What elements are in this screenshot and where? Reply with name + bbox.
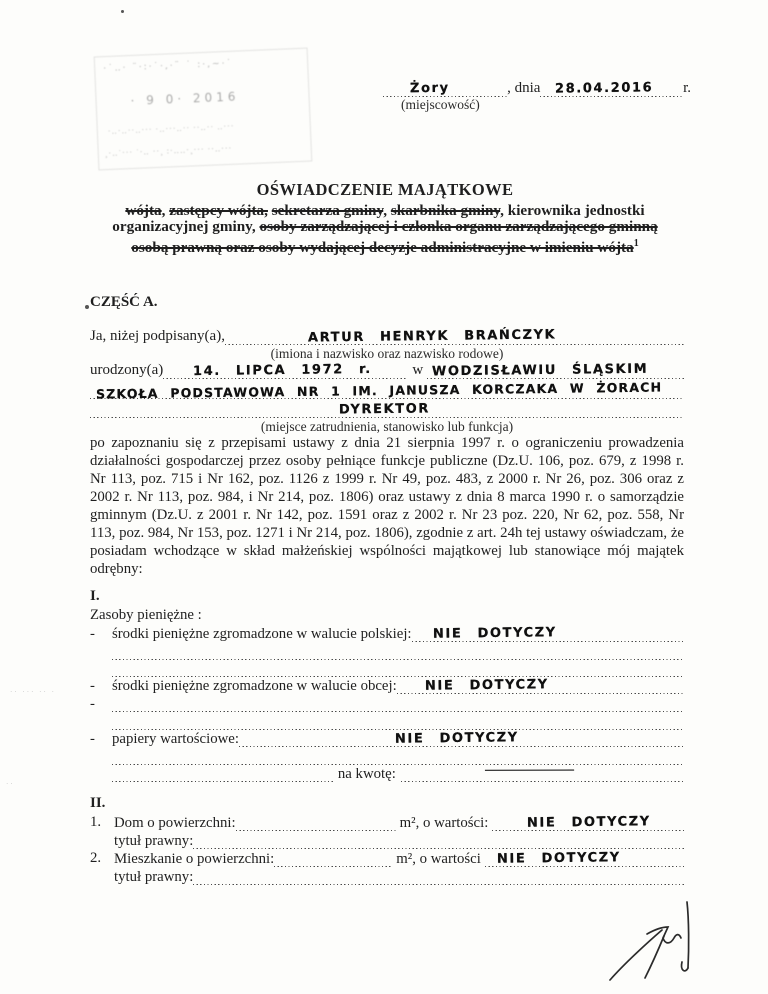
house-row: 1. Dom o powierzchni: m², o wartości: NI… (90, 814, 684, 831)
struck-osoba-prawna: osobą prawną oraz osoby wydającej decyzj… (131, 239, 633, 256)
position-field: DYREKTOR (90, 401, 684, 418)
flat-area-field (274, 850, 392, 867)
w-label: w (408, 362, 427, 379)
house-title-label: tytuł prawny: (114, 833, 193, 849)
footnote-marker: 1 (634, 238, 639, 249)
house-area-field (236, 814, 396, 831)
blank-dotted-line (112, 695, 684, 712)
born-label: urodzony(a) (90, 362, 163, 379)
stamp-line-1: ·˙‥· ¨·:·˙·,·¨ ˙ :·,~·˙ (103, 56, 299, 74)
section-2-number: II. (90, 795, 684, 812)
house-label: Dom o powierzchni: (114, 815, 236, 831)
house-value-field: NIE DOTYCZY (492, 814, 684, 831)
section-1-title: Zasoby pieniężne : (90, 607, 684, 624)
scan-speck (121, 10, 124, 13)
empty-bullet-row: - (90, 695, 684, 712)
employment-handwritten: SZKOŁA PODSTAWOWA NR 1 IM. JANUSZA KORCZ… (96, 380, 662, 402)
flat-row: 2. Mieszkanie o powierzchni: m², o warto… (90, 850, 684, 867)
pln-funds-handwritten: NIE DOTYCZY (433, 625, 557, 642)
birth-place-handwritten: WODZISŁAWIU ŚLĄSKIM (432, 362, 648, 380)
fx-funds-handwritten: NIE DOTYCZY (425, 677, 549, 694)
amount-field: — (401, 765, 684, 782)
stamp-line-4: ¸·‥˙··· ˙·‥ ··¸ :·‥‥·¸··· ··‥··· (105, 141, 305, 158)
dash-bullet: - (90, 696, 112, 712)
blank-dotted-segment (112, 765, 333, 782)
legal-paragraph: po zapoznaniu się z przepisami ustawy z … (90, 434, 684, 578)
struck-zastepcy: zastępcy wójta, (169, 202, 268, 219)
struck-skarbnika: skarbnika gminy (391, 202, 500, 219)
securities-row: - papiery wartościowe: NIE DOTYCZY (90, 730, 684, 747)
employment-field: SZKOŁA PODSTAWOWA NR 1 IM. JANUSZA KORCZ… (90, 382, 684, 399)
flat-value-field: NIE DOTYCZY (485, 850, 684, 867)
flat-title-label: tytuł prawny: (114, 869, 193, 885)
section-1-number: I. (90, 588, 684, 605)
scanned-declaration-page: ·˙‥· ¨·:·˙·,·¨ ˙ :·,~·˙ · 9 0· 2016 ·‥·‥… (0, 0, 768, 994)
place-handwritten: Żory (410, 81, 450, 96)
flat-value-handwritten: NIE DOTYCZY (497, 850, 621, 867)
place-field: Żory (383, 80, 507, 97)
struck-wojta: wójta (125, 202, 161, 219)
house-mid-label: m², o wartości: (396, 815, 493, 831)
item-number: 1. (90, 814, 114, 831)
birth-place-field: WODZISŁAWIU ŚLĄSKIM (427, 362, 684, 379)
organizacyjnej-text: organizacyjnej gminy, (112, 218, 259, 235)
struck-sekretarza: sekretarza gminy (272, 202, 384, 219)
signature-paraph (600, 888, 710, 993)
title-line-2: wójta, zastępcy wójta, sekretarza gminy,… (86, 203, 684, 220)
office-receipt-stamp: ·˙‥· ¨·:·˙·,·¨ ˙ :·,~·˙ · 9 0· 2016 ·‥·‥… (94, 48, 313, 171)
pln-funds-row: - środki pieniężne zgromadzone w walucie… (90, 625, 684, 642)
amount-dash-mark: — (485, 761, 574, 779)
kierownika-text: , kierownika jednostki (500, 202, 644, 219)
amount-row: na kwotę: — (90, 765, 684, 782)
position-row: DYREKTOR (90, 400, 684, 418)
birth-row: urodzony(a) 14. LIPCA 1972 r. w WODZISŁA… (90, 362, 684, 379)
fx-funds-row: - środki pieniężne zgromadzone w walucie… (90, 677, 684, 694)
place-date-block: Żory , dnia 28.04.2016 r. (miejscowość) (383, 80, 691, 113)
declaration-title: OŚWIADCZENIE MAJĄTKOWE (86, 182, 684, 199)
blank-dotted-line (112, 713, 684, 730)
employment-caption: (miejsce zatrudnienia, stanowisko lub fu… (90, 419, 684, 435)
section-1: I. Zasoby pieniężne : - środki pieniężne… (90, 588, 684, 782)
flat-mid-label: m², o wartości (392, 851, 485, 867)
employment-row: SZKOŁA PODSTAWOWA NR 1 IM. JANUSZA KORCZ… (90, 380, 684, 399)
title-line-3: organizacyjnej gminy, osoby zarządzające… (86, 219, 684, 236)
name-caption: (imiona i nazwisko oraz nazwisko rodowe) (90, 346, 684, 362)
dnia-label: , dnia (507, 80, 540, 97)
intro-label: Ja, niżej podpisany(a), (90, 328, 225, 345)
stamp-date-line: · 9 0· 2016 (130, 89, 239, 108)
dash-bullet: - (90, 678, 112, 694)
birth-date-handwritten: 14. LIPCA 1972 r. (193, 362, 372, 379)
blank-dotted-line (112, 748, 684, 765)
house-title-field (193, 832, 684, 849)
r-label: r. (683, 80, 691, 97)
house-value-handwritten: NIE DOTYCZY (527, 814, 651, 831)
name-row: Ja, niżej podpisany(a), ARTUR HENRYK BRA… (90, 328, 684, 345)
amount-label: na kwotę: (333, 766, 401, 782)
pln-funds-field: NIE DOTYCZY (412, 625, 684, 642)
date-handwritten: 28.04.2016 (555, 80, 653, 96)
scan-smudge: ·· (6, 780, 15, 788)
stamp-line-3: ·‥·‥··‥··· ·‥···‥·· ··‥·· ‥··· (108, 119, 300, 136)
pln-funds-label: środki pieniężne zgromadzone w walucie p… (112, 626, 412, 642)
identity-section: Ja, niżej podpisany(a), ARTUR HENRYK BRA… (90, 328, 684, 435)
securities-field: NIE DOTYCZY (239, 730, 684, 747)
signature-paraph-icon (600, 888, 710, 988)
fx-funds-label: środki pieniężne zgromadzone w walucie o… (112, 678, 397, 694)
fx-funds-field: NIE DOTYCZY (397, 677, 684, 694)
name-handwritten: ARTUR HENRYK BRAŃCZYK (308, 327, 556, 345)
blank-dotted-line (112, 660, 684, 677)
house-title-row: tytuł prawny: (90, 832, 684, 849)
title-line-4: osobą prawną oraz osoby wydającej decyzj… (86, 236, 684, 257)
declaration-title-block: OŚWIADCZENIE MAJĄTKOWE wójta, zastępcy w… (86, 182, 684, 256)
birth-date-field: 14. LIPCA 1972 r. (163, 362, 408, 379)
securities-handwritten: NIE DOTYCZY (395, 730, 519, 747)
flat-label: Mieszkanie o powierzchni: (114, 851, 274, 867)
position-handwritten: DYREKTOR (339, 401, 430, 417)
flat-title-row: tytuł prawny: (90, 868, 684, 885)
struck-osoby-zarzadzajacej: osoby zarządzającej i członka organu zar… (260, 218, 658, 235)
date-field: 28.04.2016 (540, 80, 683, 97)
blank-dotted-line (112, 643, 684, 660)
flat-title-field (193, 868, 684, 885)
dash-bullet: - (90, 626, 112, 642)
scan-speck (85, 305, 89, 309)
item-number: 2. (90, 850, 114, 867)
part-a-heading: CZĘŚĆ A. (90, 294, 158, 311)
place-caption: (miejscowość) (401, 97, 691, 113)
securities-label: papiery wartościowe: (112, 731, 239, 747)
name-field: ARTUR HENRYK BRAŃCZYK (225, 328, 684, 345)
section-2: II. 1. Dom o powierzchni: m², o wartości… (90, 795, 684, 885)
scan-smudge: ·· ··· ·· · (10, 688, 56, 696)
dash-bullet: - (90, 731, 112, 747)
sep: , (383, 202, 391, 219)
